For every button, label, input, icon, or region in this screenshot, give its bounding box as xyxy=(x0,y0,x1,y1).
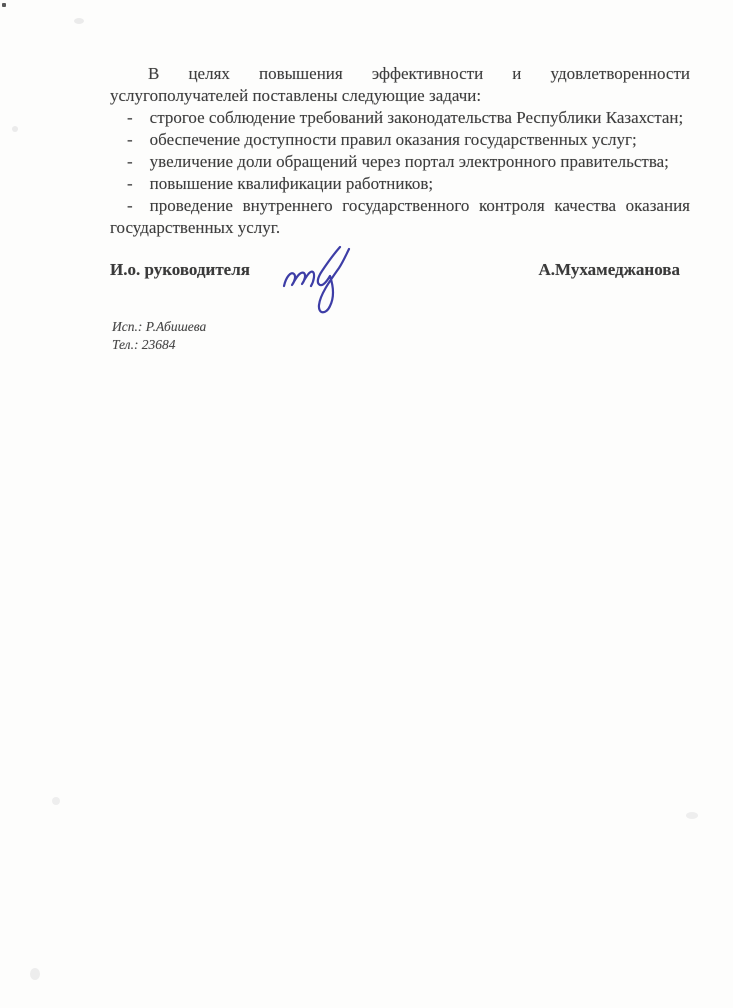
scan-speck xyxy=(52,797,60,805)
list-dash-marker: - xyxy=(127,196,150,215)
executor-name-line: Исп.: Р.Абишева xyxy=(112,318,206,336)
scan-corner-artifact xyxy=(2,3,6,7)
document-page: В целях повышения эффективности и удовле… xyxy=(0,0,733,1008)
list-item: -увеличение доли обращений через портал … xyxy=(127,151,690,173)
signer-name: А.Мухамеджанова xyxy=(538,260,680,280)
list-dash-marker: - xyxy=(127,174,150,193)
letter-body: В целях повышения эффективности и удовле… xyxy=(110,63,690,239)
signature-ink-stroke xyxy=(284,247,349,312)
handwritten-signature xyxy=(278,240,373,322)
list-item-text: обеспечение доступности правил оказания … xyxy=(150,130,637,149)
signature-row: И.о. руководителя А.Мухамеджанова xyxy=(110,260,680,280)
executor-note: Исп.: Р.Абишева Тел.: 23684 xyxy=(112,318,206,354)
list-item-wrap-line: государственных услуг. xyxy=(110,217,690,239)
list-item-text: проведение внутреннего государственного … xyxy=(150,196,690,215)
paragraph-line: услугополучателей поставлены следующие з… xyxy=(110,85,690,107)
scan-speck xyxy=(12,126,18,132)
list-item: -строгое соблюдение требований законодат… xyxy=(127,107,690,129)
list-dash-marker: - xyxy=(127,130,150,149)
paragraph-line: В целях повышения эффективности и удовле… xyxy=(148,63,690,85)
list-item: -проведение внутреннего государственного… xyxy=(127,195,690,217)
list-item-text: строгое соблюдение требований законодате… xyxy=(150,108,684,127)
scan-speck xyxy=(30,968,40,980)
list-item: -повышение квалификации работников; xyxy=(127,173,690,195)
list-dash-marker: - xyxy=(127,108,150,127)
scan-speck xyxy=(686,812,698,819)
executor-phone-line: Тел.: 23684 xyxy=(112,336,206,354)
signer-position-title: И.о. руководителя xyxy=(110,260,250,280)
list-item-text: повышение квалификации работников; xyxy=(150,174,433,193)
list-item: -обеспечение доступности правил оказания… xyxy=(127,129,690,151)
scan-speck xyxy=(74,18,84,24)
list-item-text: увеличение доли обращений через портал э… xyxy=(150,152,669,171)
list-dash-marker: - xyxy=(127,152,150,171)
